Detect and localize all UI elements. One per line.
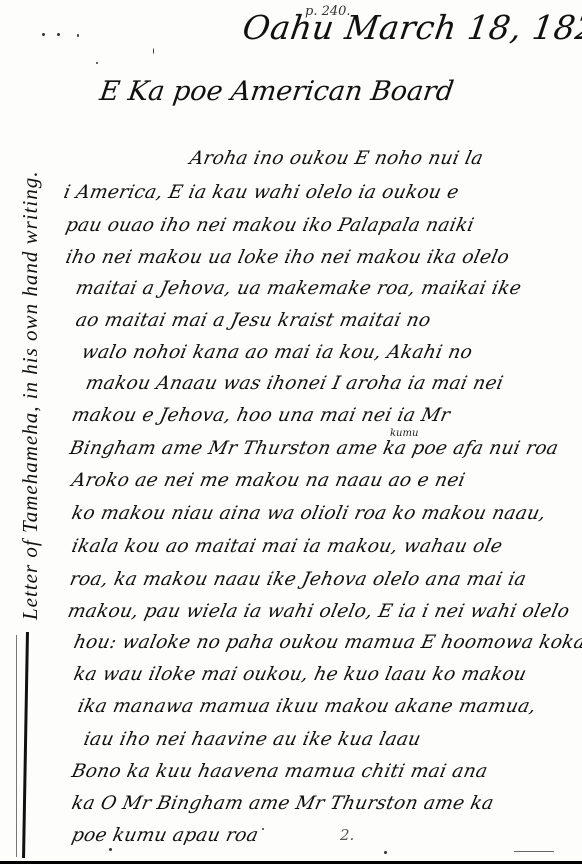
- body-line: ko makou niau aina wa olioli roa ko mako…: [70, 503, 548, 524]
- scan-speck: [57, 33, 60, 36]
- body-line: makou e Jehova, hoo una mai nei ia Mr: [70, 405, 452, 426]
- margin-ink-line: [22, 632, 29, 858]
- body-line: walo nohoi kana ao mai ia kou, Akahi no: [80, 342, 475, 363]
- scan-speck: [42, 33, 45, 36]
- body-line: iho nei makou ua loke iho nei makou ika …: [64, 247, 511, 268]
- page-number-mark: 2.: [340, 826, 354, 844]
- letter-date-header: Oahu March 18, 1823: [240, 8, 582, 47]
- body-line: hou: waloke no paha oukou mamua E hoomow…: [72, 632, 582, 653]
- body-line: Bingham ame Mr Thurston ame ka poe afa n…: [68, 438, 561, 459]
- body-line: ao maitai mai a Jesu kraist maitai no: [74, 310, 433, 331]
- body-line: roa, ka makou naau ike Jehova olelo ana …: [68, 569, 528, 590]
- body-line: makou, pau wiela ia wahi olelo, E ia i n…: [66, 601, 572, 622]
- scan-speck: [77, 34, 79, 37]
- body-line: Bono ka kuu haavena mamua chiti mai ana: [70, 761, 490, 782]
- body-line: iau iho nei haavine au ike kua laau: [82, 729, 423, 750]
- letter-page: p. 240. Oahu March 18, 1823 E Ka poe Ame…: [0, 0, 582, 861]
- body-line: ika manawa mamua ikuu makou akane mamua,: [76, 696, 538, 717]
- body-line: maitai a Jehova, ua makemake roa, maikai…: [74, 278, 524, 299]
- body-line: poe kumu apau roa: [70, 825, 261, 846]
- body-line: Aroko ae nei me makou na naau ao e nei: [70, 470, 467, 491]
- scan-speck: [262, 828, 264, 830]
- margin-side-note: Letter of Tamehameha, in his own hand wr…: [18, 170, 43, 620]
- scan-speck: [384, 851, 387, 854]
- body-line: Aroha ino oukou E noho nui la: [188, 148, 485, 169]
- body-line: i America, E ia kau wahi olelo ia oukou …: [62, 182, 461, 203]
- body-line: ka wau iloke mai oukou, he kuo laau ko m…: [72, 664, 529, 685]
- body-line: pau ouao iho nei makou iko Palapala naik…: [64, 215, 476, 236]
- body-line: makou Anaau was ihonei I aroha ia mai ne…: [84, 373, 505, 394]
- scan-speck: [153, 48, 154, 54]
- scan-speck: [109, 848, 112, 851]
- scan-speck: [96, 62, 98, 64]
- margin-rule: [16, 635, 17, 857]
- ruled-stub-line: [514, 851, 554, 852]
- body-line: ka O Mr Bingham ame Mr Thurston ame ka: [70, 793, 496, 814]
- body-line: ikala kou ao maitai mai ia makou, wahau …: [70, 536, 505, 557]
- salutation: E Ka poe American Board: [98, 76, 456, 107]
